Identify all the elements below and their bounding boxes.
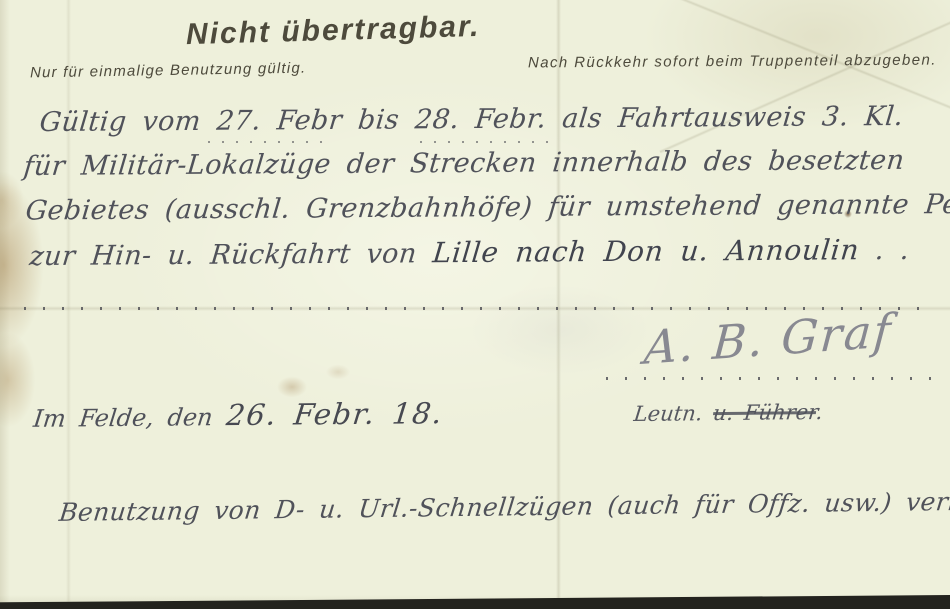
paper-sheet: Nicht übertragbar. Nur für einmalige Ben…: [0, 0, 950, 609]
journey-prefix: zur Hin- u. Rückfahrt von: [28, 238, 434, 272]
dotted-line-signature: [606, 377, 932, 380]
body-line-journey: zur Hin- u. Rückfahrt von Lille nach Don…: [28, 233, 911, 272]
stamp-title: Nicht übertragbar.: [186, 10, 481, 52]
date-fill-dots-1: [208, 141, 326, 143]
rank-prefix: Leutn.: [633, 401, 715, 426]
rank-line: Leutn. u. Führer.: [633, 400, 825, 426]
body-line-validity: Gültig vom 27. Febr bis 28. Febr. als Fa…: [38, 101, 905, 138]
stamp-note-right: Nach Rückkehr sofort beim Truppenteil ab…: [528, 52, 937, 72]
stamp-note-left: Nur für einmalige Benutzung gültig.: [30, 60, 307, 82]
signature-pencil: A. B. Graf: [642, 303, 894, 375]
route-text: Lille nach Don u. Annoulin: [431, 233, 861, 269]
body-line-trains: für Militär-Lokalzüge der Strecken inner…: [22, 145, 906, 182]
dateline: Im Felde, den 26. Febr. 18.: [32, 396, 445, 434]
date-fill-dots-2: [420, 141, 550, 143]
dateline-place: Im Felde, den: [32, 403, 228, 433]
rank-struck-text: u. Führer: [712, 400, 818, 425]
rank-suffix: .: [815, 400, 824, 424]
footer-restriction: Benutzung von D- u. Url.-Schnellzügen (a…: [58, 486, 950, 527]
dateline-date: 26. Febr. 18.: [225, 396, 445, 432]
journey-trailing-dots: . .: [858, 235, 911, 266]
document-scan: Nicht übertragbar. Nur für einmalige Ben…: [0, 0, 950, 609]
body-line-territory: Gebietes (ausschl. Grenzbahnhöfe) für um…: [24, 189, 950, 227]
